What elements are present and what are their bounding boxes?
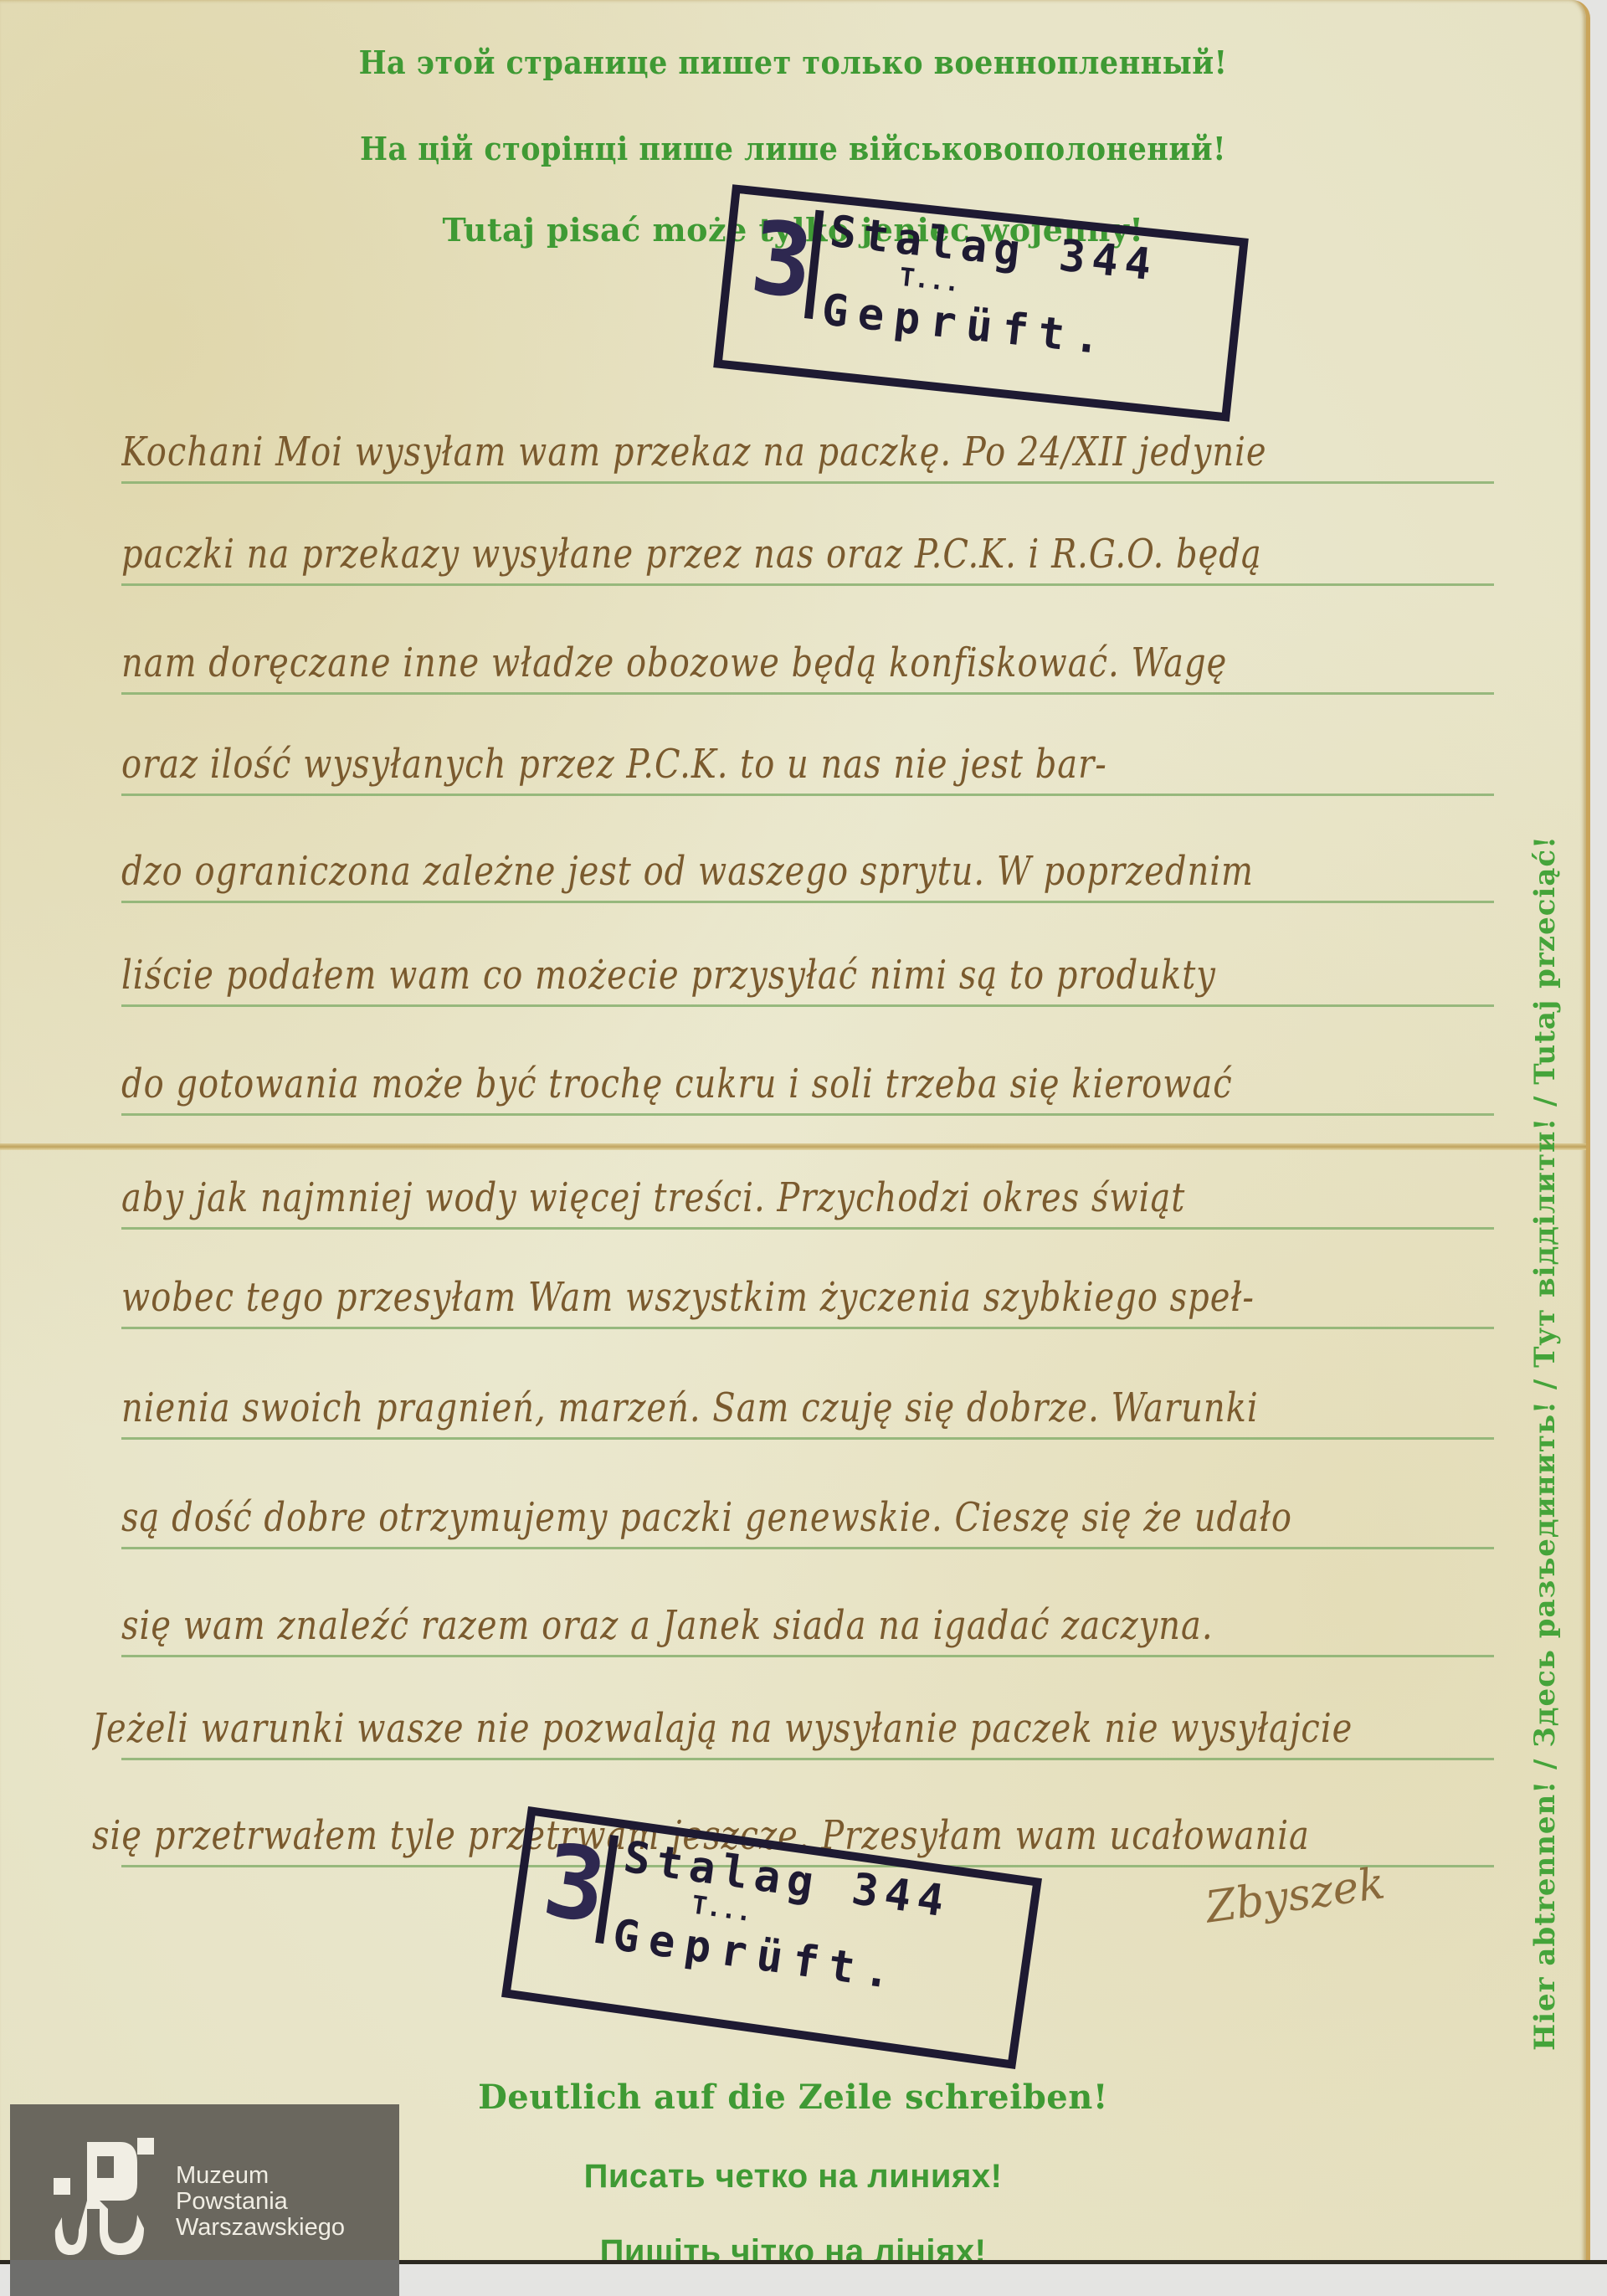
- ruled-line: [121, 1004, 1494, 1007]
- handwritten-line: oraz ilość wysyłanych przez P.C.K. to u …: [121, 742, 1494, 788]
- museum-name-line: Warszawskiego: [176, 2215, 345, 2241]
- stamp-number: 3: [537, 1826, 619, 1944]
- header-russian: На этой странице пишет только военноплен…: [64, 44, 1522, 81]
- handwritten-line: wobec tego przesyłam Wam wszystkim życze…: [121, 1275, 1494, 1321]
- ruled-line: [121, 481, 1494, 484]
- ruled-line: [121, 692, 1494, 695]
- handwritten-line: do gotowania może być trochę cukru i sol…: [121, 1061, 1494, 1107]
- museum-name-line: Powstania: [176, 2189, 345, 2215]
- ruled-line: [121, 583, 1494, 586]
- ruled-line: [121, 794, 1494, 796]
- handwritten-line: nienia swoich pragnień, marzeń. Sam czuj…: [121, 1385, 1494, 1431]
- handwritten-line: liście podałem wam co możecie przysyłać …: [121, 953, 1494, 999]
- stamp-number: 3: [746, 203, 824, 319]
- side-cut-instruction: Hier abtrennen! / Здесь разъединить! / Т…: [1528, 835, 1562, 2051]
- handwritten-line: paczki na przekazy wysyłane przez nas or…: [121, 532, 1494, 578]
- stamp-gepruft: Geprüft.: [609, 1910, 903, 2001]
- ruled-line: [121, 1227, 1494, 1230]
- museum-name: Muzeum Powstania Warszawskiego: [176, 2163, 345, 2241]
- ruled-line: [121, 1437, 1494, 1440]
- museum-watermark: Muzeum Powstania Warszawskiego: [10, 2104, 399, 2296]
- handwritten-line: aby jak najmniej wody więcej treści. Prz…: [121, 1175, 1494, 1221]
- handwritten-line: Kochani Moi wysyłam wam przekaz na paczk…: [121, 429, 1494, 475]
- handwritten-line: Jeżeli warunki wasze nie pozwalają na wy…: [92, 1706, 1465, 1752]
- ruled-line: [121, 901, 1494, 903]
- watermark-lower-band: [10, 2260, 399, 2296]
- stamp-redacted: T...: [898, 263, 962, 298]
- ruled-line: [121, 1327, 1494, 1329]
- stamp-gepruft: Geprüft.: [819, 285, 1113, 365]
- kotwica-anchor-logo-icon: [54, 2138, 154, 2263]
- handwritten-line: się wam znaleźć razem oraz a Janek siada…: [121, 1603, 1494, 1649]
- ruled-line: [121, 1655, 1494, 1657]
- handwritten-line: dzo ograniczona zależne jest od waszego …: [121, 849, 1494, 895]
- ruled-line: [121, 1758, 1494, 1760]
- handwritten-line: nam doręczane inne władze obozowe będą k…: [121, 640, 1494, 686]
- museum-name-line: Muzeum: [176, 2163, 345, 2189]
- ruled-line: [121, 1113, 1494, 1116]
- header-ukrainian: На цій сторінці пише лише військовополон…: [64, 130, 1522, 167]
- handwritten-line: są dość dobre otrzymujemy paczki genewsk…: [121, 1495, 1494, 1541]
- ruled-line: [121, 1547, 1494, 1549]
- paper-fold-line: [0, 1143, 1586, 1150]
